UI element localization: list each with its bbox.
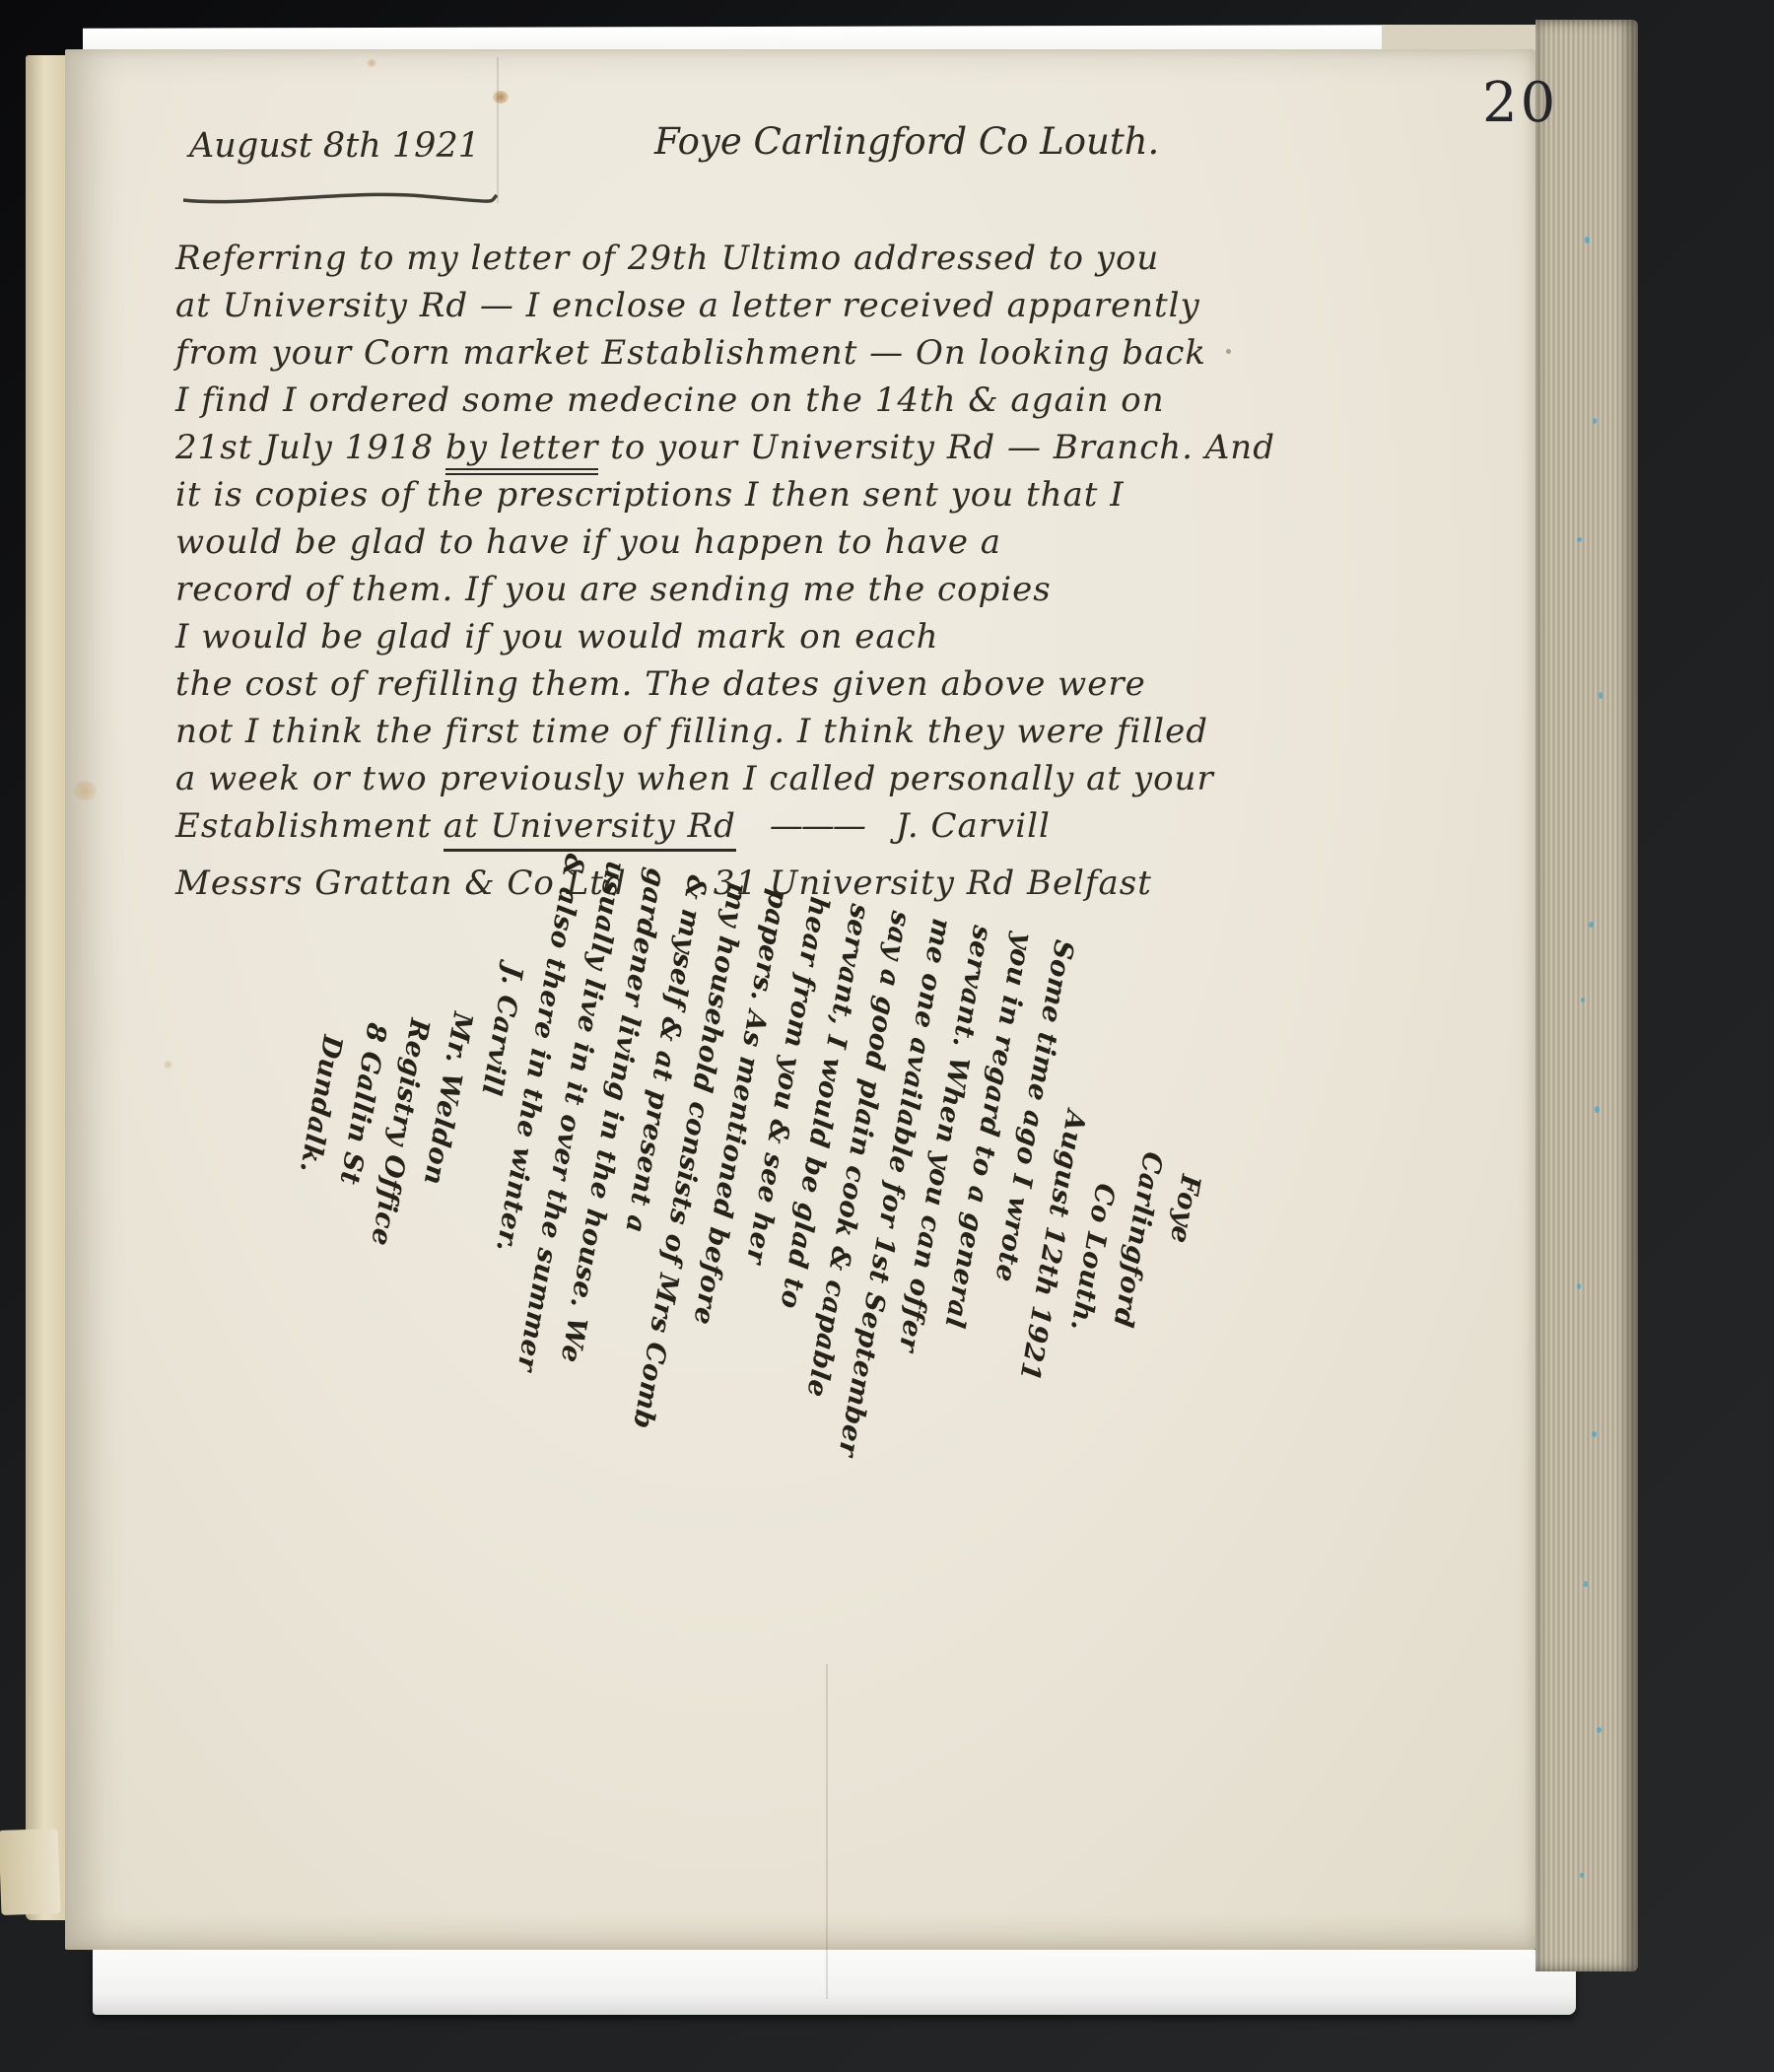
page-number: 20 — [1482, 71, 1558, 135]
letter1-line: a week or two previously when I called p… — [175, 755, 1275, 802]
letter1-place-heading: Foye Carlingford Co Louth. — [654, 120, 1159, 163]
ink-speckle — [1580, 1873, 1584, 1878]
letter1-line: not I think the first time of filling. I… — [175, 708, 1275, 755]
letter1-line: at University Rd — I enclose a letter re… — [175, 282, 1275, 329]
paper-stain — [493, 91, 509, 104]
date-underline-flourish — [177, 187, 503, 209]
letter1-line: I would be glad if you would mark on eac… — [175, 613, 1275, 660]
letter1-signature-line: Establishment at University Rd———J. Carv… — [175, 802, 1275, 850]
ink-speckle — [1592, 1431, 1597, 1437]
ink-speckle — [1599, 692, 1603, 699]
letter1-line: Referring to my letter of 29th Ultimo ad… — [175, 235, 1275, 282]
photographed-book-spread: 20 August 8th 1921 Foye Carlingford Co L… — [0, 0, 1774, 2072]
letter1-signature: J. Carvill — [896, 806, 1051, 846]
previous-page-edge — [26, 55, 67, 1920]
book-fore-edge — [1535, 20, 1638, 1971]
manuscript-page: 20 August 8th 1921 Foye Carlingford Co L… — [65, 49, 1535, 1950]
ink-speckle — [1589, 922, 1594, 928]
line5-pre: 21st July 1918 — [175, 428, 445, 467]
ink-speckle — [1593, 418, 1597, 424]
letter1-line: the cost of refilling them. The dates gi… — [175, 660, 1275, 708]
ink-speckle — [1577, 1283, 1581, 1289]
letter1-line: record of them. If you are sending me th… — [175, 566, 1275, 613]
ink-speckle — [1597, 1727, 1602, 1733]
ink-speckle — [1584, 1581, 1588, 1587]
paper-crease — [497, 57, 499, 203]
letter1-line-underlined-phrase: 21st July 1918 by letter to your Univers… — [175, 424, 1275, 471]
letter1-line: I find I ordered some medecine on the 14… — [175, 377, 1275, 424]
previous-page-corner — [0, 1829, 60, 1915]
ink-speckle — [1585, 237, 1590, 243]
line5-post: to your University Rd — Branch. And — [598, 428, 1275, 467]
paper-stain — [164, 1061, 172, 1069]
paper-crease — [826, 1664, 828, 1999]
line5-underlined: by letter — [445, 428, 598, 475]
paper-stain — [73, 781, 97, 800]
letter2-rotated: Foye Carlingford Co Louth. August 12th 1… — [251, 814, 1248, 1536]
paper-stain — [367, 59, 376, 67]
letter1-line: from your Corn market Establishment — On… — [175, 329, 1275, 377]
ink-speckle — [1581, 998, 1585, 1002]
letter1-line: it is copies of the prescriptions I then… — [175, 471, 1275, 518]
pages-below-edge — [93, 1950, 1576, 2015]
letter1-body: Referring to my letter of 29th Ultimo ad… — [175, 235, 1275, 907]
ink-speckle — [1595, 1106, 1600, 1113]
letter1-line: would be glad to have if you happen to h… — [175, 518, 1275, 566]
sig-dash: ——— — [770, 806, 864, 846]
letter1-date: August 8th 1921 — [189, 126, 480, 166]
ink-speckle — [1577, 537, 1582, 542]
